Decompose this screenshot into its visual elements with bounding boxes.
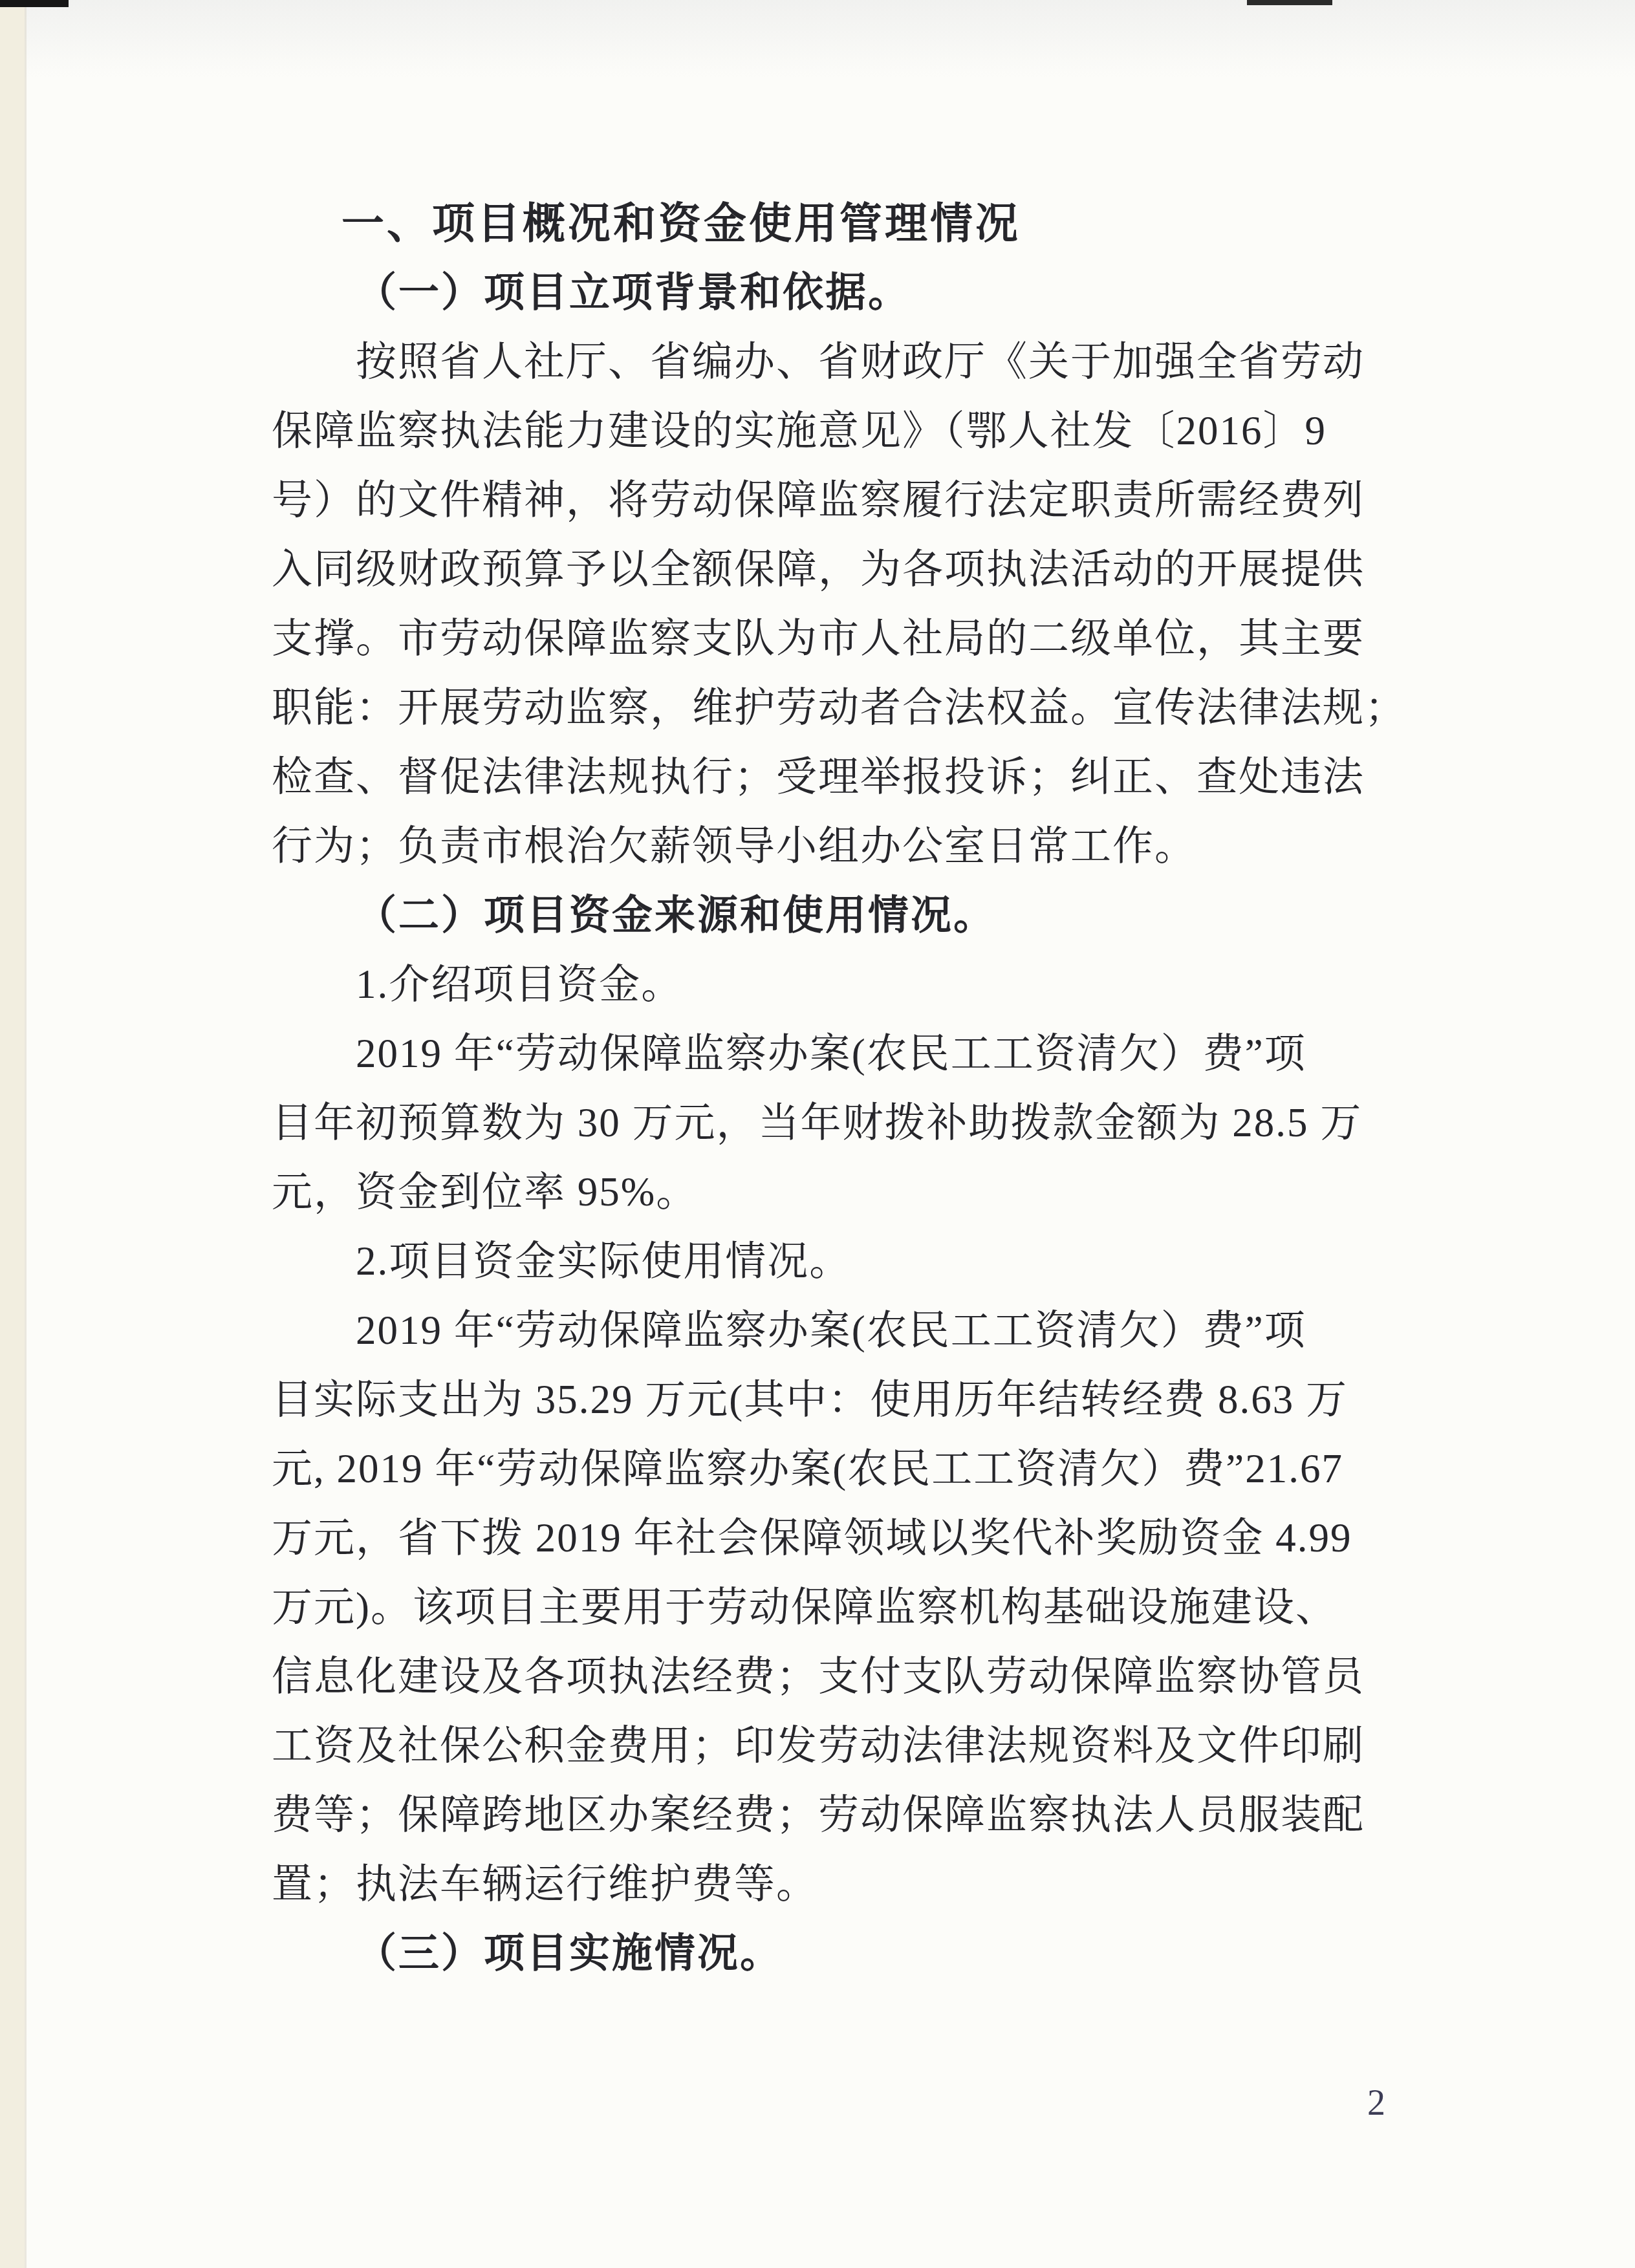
scan-top-shading [0,0,1635,78]
text-line-12: 1.介绍项目资金。 [272,950,1410,1019]
text-line-6: 入同级财政预算予以全额保障，为各项执法活动的开展提供 [272,535,1410,604]
document-text-block: 一、项目概况和资金使用管理情况（一）项目立项背景和依据。按照省人社厅、省编办、省… [272,189,1410,1988]
page-number: 2 [1357,2077,1396,2129]
text-line-16: 2.项目资金实际使用情况。 [272,1227,1410,1296]
text-line-2: （一）项目立项背景和依据。 [272,258,1410,327]
text-line-26: （三）项目实施情况。 [272,1919,1410,1988]
text-line-11: （二）项目资金来源和使用情况。 [272,881,1410,950]
text-line-1: 一、项目概况和资金使用管理情况 [272,189,1410,258]
scan-left-edge-line [25,0,27,2268]
scan-top-edge-mark [1247,0,1332,5]
text-line-24: 费等；保障跨地区办案经费；劳动保障监察执法人员服装配 [272,1780,1410,1850]
text-line-22: 信息化建设及各项执法经费；支付支队劳动保障监察协管员 [272,1642,1410,1711]
text-line-13: 2019 年“劳动保障监察办案(农民工工资清欠）费”项 [272,1019,1410,1088]
text-line-10: 行为；负责市根治欠薪领导小组办公室日常工作。 [272,812,1410,881]
text-line-15: 元，资金到位率 95%。 [272,1158,1410,1227]
text-line-4: 保障监察执法能力建设的实施意见》（鄂人社发〔2016〕9 [272,396,1410,466]
text-line-3: 按照省人社厅、省编办、省财政厅《关于加强全省劳动 [272,327,1410,396]
text-line-21: 万元)。该项目主要用于劳动保障监察机构基础设施建设、 [272,1573,1410,1642]
text-line-20: 万元，省下拨 2019 年社会保障领域以奖代补奖励资金 4.99 [272,1504,1410,1573]
scan-left-edge-strip [0,0,25,2268]
text-line-23: 工资及社保公积金费用；印发劳动法律法规资料及文件印刷 [272,1711,1410,1780]
text-line-5: 号）的文件精神，将劳动保障监察履行法定职责所需经费列 [272,466,1410,535]
text-line-9: 检查、督促法律法规执行；受理举报投诉；纠正、查处违法 [272,742,1410,812]
text-line-19: 元, 2019 年“劳动保障监察办案(农民工工资清欠）费”21.67 [272,1434,1410,1504]
text-line-18: 目实际支出为 35.29 万元(其中：使用历年结转经费 8.63 万 [272,1365,1410,1434]
text-line-14: 目年初预算数为 30 万元，当年财拨补助拨款金额为 28.5 万 [272,1088,1410,1158]
text-line-7: 支撑。市劳动保障监察支队为市人社局的二级单位，其主要 [272,604,1410,673]
text-line-17: 2019 年“劳动保障监察办案(农民工工资清欠）费”项 [272,1296,1410,1365]
scanned-document-page: { "page": { "number": "2" }, "colors": {… [0,0,1635,2268]
text-line-25: 置；执法车辆运行维护费等。 [272,1850,1410,1919]
scan-top-left-corner-mark [0,0,69,7]
text-line-8: 职能：开展劳动监察，维护劳动者合法权益。宣传法律法规； [272,673,1410,742]
